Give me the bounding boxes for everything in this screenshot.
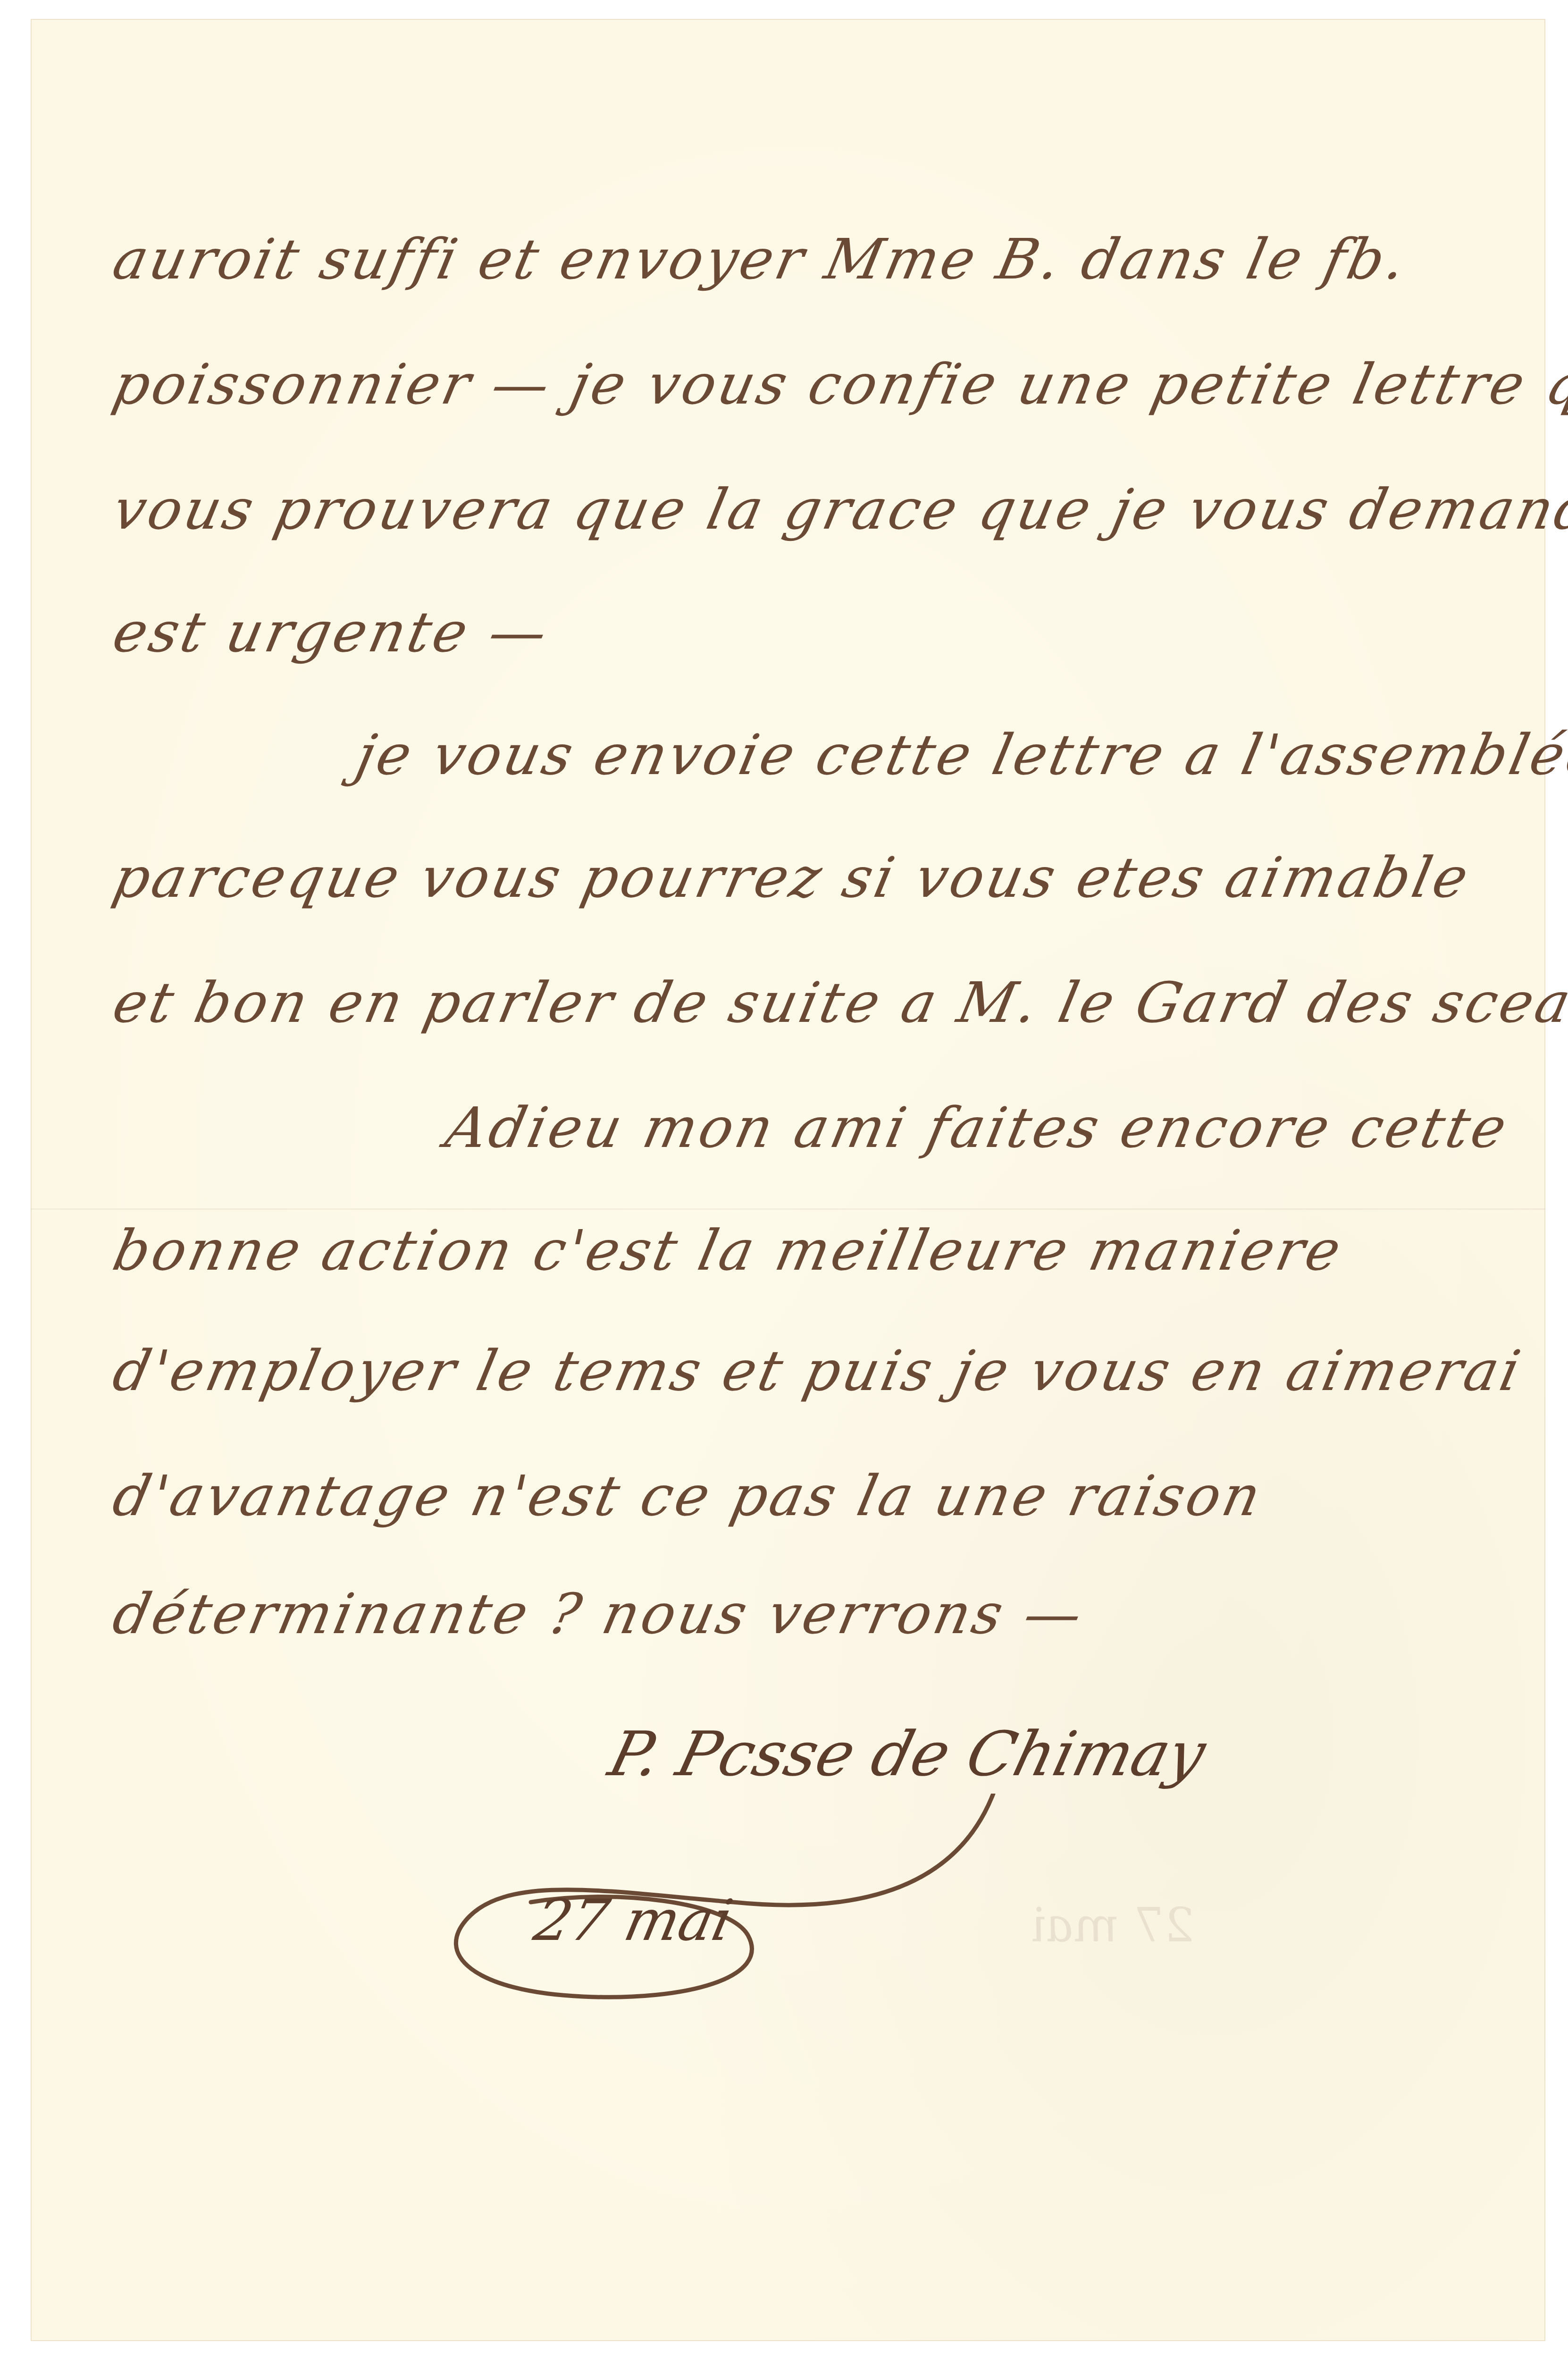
letter-line-5: je vous envoie cette lettre a l'assemblé… <box>352 727 1568 783</box>
letter-paper: auroit suffi et envoyer Mme B. dans le f… <box>31 19 1545 2341</box>
bleed-through-text: 27 mai <box>1026 1897 1199 1953</box>
letter-line-12: déterminante ? nous verrons — <box>109 1586 1090 1642</box>
signature-flourish <box>403 1794 1111 2030</box>
letter-line-10: d'employer le tems et puis je vous en ai… <box>109 1343 1527 1399</box>
letter-line-7: et bon en parler de suite a M. le Gard d… <box>109 975 1568 1030</box>
letter-date: 27 mai <box>528 1888 738 1954</box>
letter-line-3: vous prouvera que la grace que je vous d… <box>109 481 1568 537</box>
letter-line-1: auroit suffi et envoyer Mme B. dans le f… <box>109 231 1413 287</box>
signature: P. Pcsse de Chimay <box>602 1718 1213 1790</box>
letter-line-2: poissonnier — je vous confie une petite … <box>109 356 1568 412</box>
letter-line-4: est urgente — <box>109 604 554 660</box>
letter-line-8: Adieu mon ami faites encore cette <box>441 1100 1514 1155</box>
letter-line-9: bonne action c'est la meilleure maniere <box>109 1222 1348 1278</box>
paper-fold-line <box>31 1208 1545 1210</box>
letter-line-6: parceque vous pourrez si vous etes aimab… <box>109 850 1476 905</box>
letter-line-11: d'avantage n'est ce pas la une raison <box>109 1468 1268 1524</box>
